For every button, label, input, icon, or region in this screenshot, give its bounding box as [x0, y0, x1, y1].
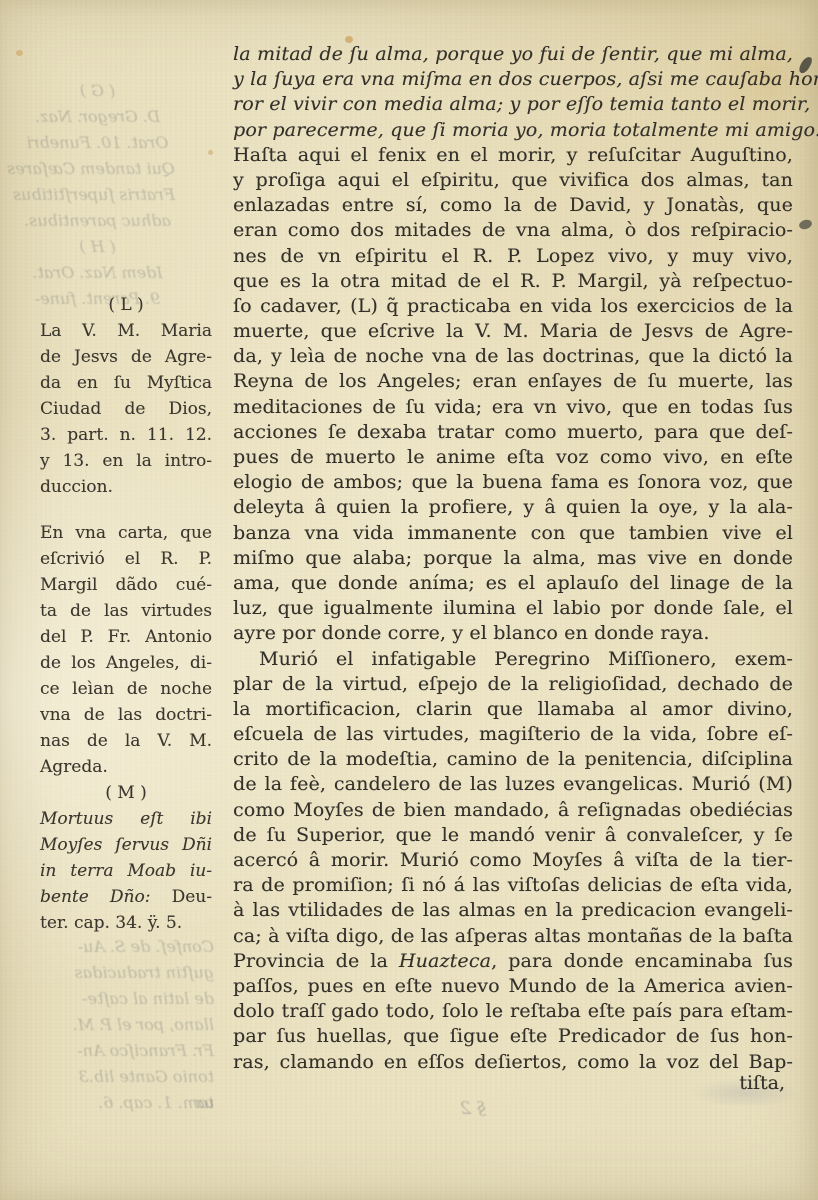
- margin-note-m-body: Mortuus eſt ibiMoyſes ſervus Dñiin terra…: [40, 806, 212, 936]
- bleedthrough-bottom: Confeſ. de S. Au-guſtin traducidasde lat…: [42, 934, 214, 1116]
- margin-note-line: Moyſes ſervus Dñi: [40, 832, 212, 858]
- margin-note-line: in terra Moab iu-: [40, 858, 212, 884]
- margin-note-line: nas de la V. M.: [40, 728, 212, 754]
- ghost-line: llano, por el P. M.: [42, 1012, 214, 1038]
- margin-note-line: 3. part. n. 11. 12.: [40, 422, 212, 448]
- text-line: par ſus huellas, que ſigue eſte Predicad…: [233, 1024, 793, 1049]
- margin-note-line: vna de las doctri-: [40, 702, 212, 728]
- margin-note-line: Ciudad de Dios,: [40, 396, 212, 422]
- text-line: ſo cadaver, (L) q̃ practicaba en vida lo…: [233, 294, 793, 319]
- rust-spot: [208, 150, 213, 155]
- ghost-line: Qui tandem Cæſares: [20, 156, 175, 182]
- ghost-line: guſtin traducidas: [42, 960, 214, 986]
- margin-note-m-heading: ( M ): [40, 780, 212, 806]
- text-line: ayre por donde corre, y el blanco en don…: [233, 621, 793, 646]
- text-line: por parecerme, que ſi moria yo, moria to…: [233, 118, 793, 143]
- margin-note-line: Mortuus eſt ibi: [40, 806, 212, 832]
- text-line: paſſos, pues en eſte nuevo Mundo de la A…: [233, 974, 793, 999]
- text-line: nes de vn eſpiritu el R. P. Lopez vivo, …: [233, 244, 793, 269]
- margin-note-m: ( M ) Mortuus eſt ibiMoyſes ſervus Dñiin…: [40, 780, 212, 936]
- margin-note-line: Margil dãdo cué-: [40, 572, 212, 598]
- text-line: crito de la modeſtia, camino de la penit…: [233, 747, 793, 772]
- text-line: como Moyſes de bien mandado, â reſignada…: [233, 798, 793, 823]
- margin-note-line: del P. Fr. Antonio: [40, 624, 212, 650]
- margin-note-line: En vna carta, que: [40, 520, 212, 546]
- text-line: de ſu Superior, que le mandó venir â con…: [233, 823, 793, 848]
- text-line: Reyna de los Angeles; eran enſayes de ſu…: [233, 369, 793, 394]
- margin-note-line: de los Angeles, di-: [40, 650, 212, 676]
- text-line: dolo traſſ gado todo, ſolo le reſtaba eſ…: [233, 999, 793, 1024]
- text-line: elogio de ambos; que la buena fama es ſo…: [233, 470, 793, 495]
- bleedthrough-top: ( G )D. Gregor. Naz.Orat. 10. FunebriQui…: [20, 78, 175, 312]
- margin-note-line: Agreda.: [40, 754, 212, 780]
- ghost-line: ( H ): [20, 234, 175, 260]
- ghost-line: Confeſ. de S. Au-: [42, 934, 214, 960]
- text-line: y proſiga aqui el eſpiritu, que vivifica…: [233, 168, 793, 193]
- text-line: la mitad de ſu alma, porque yo fui de ſe…: [233, 42, 793, 67]
- ghost-line: de latin al caſte-: [42, 986, 214, 1012]
- margin-note-l-body: La V. M. Mariade Jesvs de Agre-da en ſu …: [40, 318, 212, 500]
- margin-note-l-heading: ( L ): [40, 292, 212, 318]
- bleedthrough-signature-mark: § 2: [442, 1096, 486, 1122]
- text-line: eſcuela de las virtudes, magiſterio de l…: [233, 722, 793, 747]
- text-line: que es la otra mitad de el R. P. Margil,…: [233, 269, 793, 294]
- ghost-line: ( G ): [20, 78, 175, 104]
- text-line: Murió el infatigable Peregrino Miſſioner…: [233, 647, 793, 672]
- text-line: meditaciones de ſu vida; era vn vivo, qu…: [233, 395, 793, 420]
- text-line: ca; à viſta digo, de las aſperas altas m…: [233, 924, 793, 949]
- text-line: acciones ſe dexaba tratar como muerto, p…: [233, 420, 793, 445]
- margin-note-line: bente Dño: Deu-: [40, 884, 212, 910]
- text-line: ra de promiſion; ſi nó á las viſtoſas de…: [233, 873, 793, 898]
- catchword: tiſta,: [233, 1072, 785, 1094]
- margin-note-l: ( L ) La V. M. Mariade Jesvs de Agre-da …: [40, 292, 212, 500]
- text-line: pues de muerto le anime eſta voz como vi…: [233, 445, 793, 470]
- text-line: enlazadas entre sí, como la de David, y …: [233, 193, 793, 218]
- margin-note-carta: En vna carta, queeſcrivió el R. P.Margil…: [40, 520, 212, 780]
- ghost-line: Idem Naz. Orat.: [20, 260, 175, 286]
- text-line: acercó â morir. Murió como Moyſes â viſt…: [233, 848, 793, 873]
- bleedthrough-small-mark: ua: [184, 1090, 214, 1116]
- text-line: y la ſuya era vna miſma en dos cuerpos, …: [233, 67, 793, 92]
- margin-note-line: La V. M. Maria: [40, 318, 212, 344]
- ghost-line: Orat. 10. Funebri: [20, 130, 175, 156]
- text-line: à las vtilidades de las almas en la pred…: [233, 898, 793, 923]
- text-line: de la feè, candelero de las luzes evange…: [233, 772, 793, 797]
- text-line: deleyta â quien la profiere, y â quien l…: [233, 495, 793, 520]
- margin-note-carta-body: En vna carta, queeſcrivió el R. P.Margil…: [40, 520, 212, 780]
- margin-note-line: ce leìan de noche: [40, 676, 212, 702]
- rust-spot: [16, 50, 23, 56]
- text-line: luz, que igualmente ilumina el labio por…: [233, 596, 793, 621]
- margin-note-line: de Jesvs de Agre-: [40, 344, 212, 370]
- margin-note-line: duccion.: [40, 474, 212, 500]
- text-line: muerte, que eſcrive la V. M. Maria de Je…: [233, 319, 793, 344]
- ghost-line: D. Gregor. Naz.: [20, 104, 175, 130]
- ghost-line: Fratris ſuperſtitibus: [20, 182, 175, 208]
- margin-note-line: y 13. en la intro-: [40, 448, 212, 474]
- ghost-line: tonio Gante lib.3: [42, 1064, 214, 1090]
- text-line: Provincia de la Huazteca, para donde enc…: [233, 949, 793, 974]
- text-line: banza vna vida immanente con que tambien…: [233, 521, 793, 546]
- text-line: plar de la virtud, eſpejo de la religioſ…: [233, 672, 793, 697]
- text-line: eran como dos mitades de vna alma, ò dos…: [233, 218, 793, 243]
- ghost-line: adhuc parentibus.: [20, 208, 175, 234]
- main-text-block: la mitad de ſu alma, porque yo fui de ſe…: [233, 42, 793, 1075]
- text-line: la mortificacion, clarin que llamaba al …: [233, 697, 793, 722]
- text-line: ama, que donde aníma; es el aplauſo del …: [233, 571, 793, 596]
- ghost-line: Fr. Franciſco An-: [42, 1038, 214, 1064]
- margin-note-line: ter. cap. 34. ÿ. 5.: [40, 910, 212, 936]
- margin-note-line: da en ſu Myſtica: [40, 370, 212, 396]
- margin-note-line: eſcrivió el R. P.: [40, 546, 212, 572]
- text-line: ror el vivir con media alma; y por eſſo …: [233, 92, 793, 117]
- text-line: Haſta aqui el fenix en el morir, y reſuſ…: [233, 143, 793, 168]
- text-line: da, y leìa de noche vna de las doctrinas…: [233, 344, 793, 369]
- text-line: ras, clamando en eſſos deſiertos, como l…: [233, 1050, 793, 1075]
- margin-note-line: ta de las virtudes: [40, 598, 212, 624]
- text-line: miſmo que alaba; porque la alma, mas viv…: [233, 546, 793, 571]
